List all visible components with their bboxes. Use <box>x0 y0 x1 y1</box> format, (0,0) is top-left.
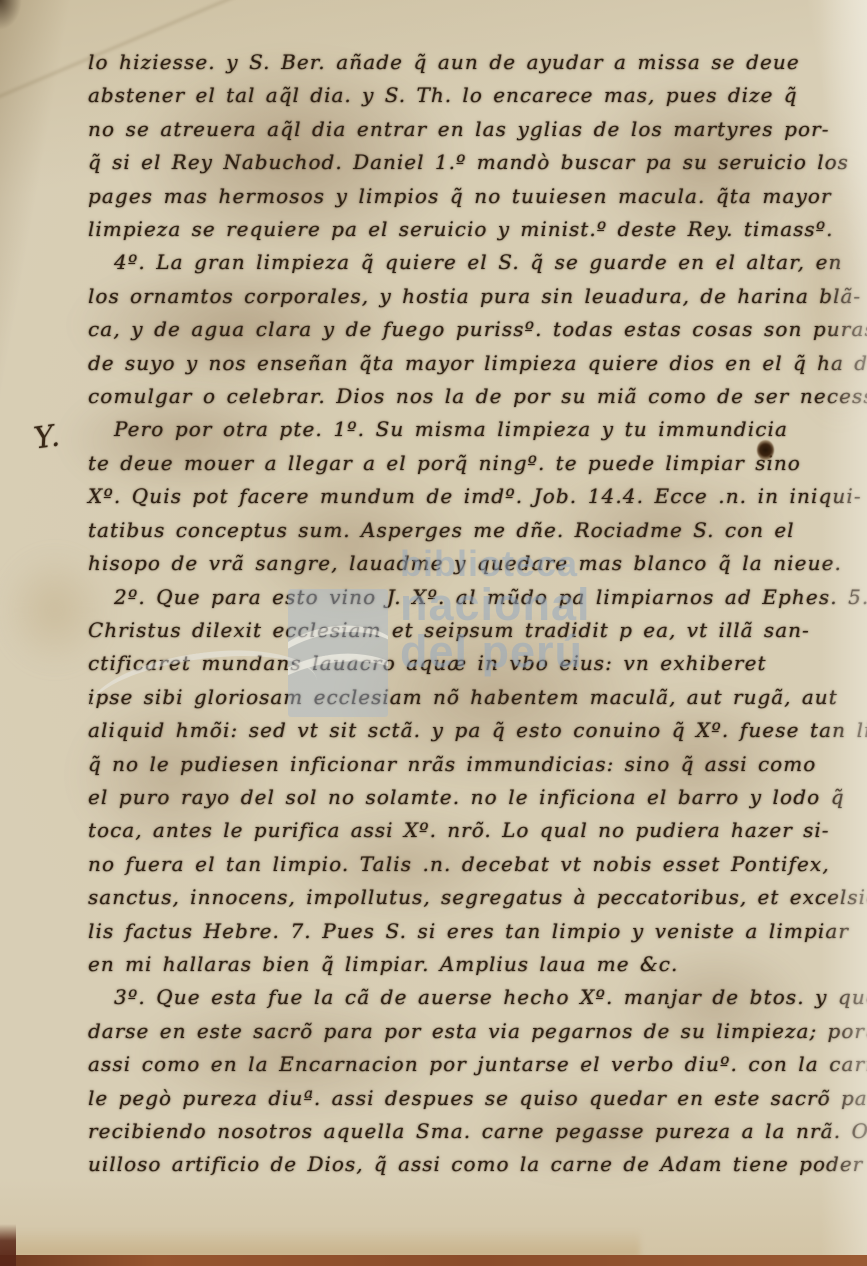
manuscript-line: de suyo y nos enseñan q̃ta mayor limpiez… <box>88 347 804 380</box>
manuscript-line: assi como en la Encarnacion por juntarse… <box>88 1048 804 1081</box>
manuscript-line: comulgar o celebrar. Dios nos la de por … <box>88 380 804 413</box>
manuscript-line: Christus dilexit ecclesiam et seipsum tr… <box>88 614 804 647</box>
manuscript-line: el puro rayo del sol no solamte. no le i… <box>88 781 804 814</box>
manuscript-line: ca, y de agua clara y de fuego purissº. … <box>88 313 804 346</box>
manuscript-line: los ornamtos corporales, y hostia pura s… <box>88 280 804 313</box>
bottom-water-stain <box>0 1229 640 1257</box>
manuscript-page: lo hiziesse. y S. Ber. añade q̃ aun de a… <box>0 0 867 1266</box>
manuscript-line: 3º. Que esta fue la cã de auerse hecho X… <box>88 981 804 1014</box>
paragraph-1: lo hiziesse. y S. Ber. añade q̃ aun de a… <box>88 46 804 246</box>
manuscript-line: q̃ no le pudiesen inficionar nrãs immund… <box>88 748 804 781</box>
paragraph-3: Pero por otra pte. 1º. Su misma limpieza… <box>88 413 804 580</box>
manuscript-line: hisopo de vrã sangre, lauadme y quedare … <box>88 547 804 580</box>
manuscript-line: Xº. Quis pot facere mundum de imdº. Job.… <box>88 480 804 513</box>
manuscript-line: q̃ si el Rey Nabuchod. Daniel 1.º mandò … <box>88 146 804 179</box>
manuscript-line: le pegò pureza diuª. assi despues se qui… <box>88 1082 804 1115</box>
manuscript-line: lo hiziesse. y S. Ber. añade q̃ aun de a… <box>88 46 804 79</box>
manuscript-line: no fuera el tan limpio. Talis .n. deceba… <box>88 848 804 881</box>
manuscript-line: en mi hallaras bien q̃ limpiar. Amplius … <box>88 948 804 981</box>
manuscript-line: recibiendo nosotros aquella Sma. carne p… <box>88 1115 804 1148</box>
manuscript-line: uilloso artificio de Dios, q̃ assi como … <box>88 1148 804 1181</box>
manuscript-line: no se atreuera aq̃l dia entrar en las yg… <box>88 113 804 146</box>
manuscript-line: aliquid hmõi: sed vt sit sctã. y pa q̃ e… <box>88 714 804 747</box>
manuscript-line: ipse sibi gloriosam ecclesiam nõ habente… <box>88 681 804 714</box>
paragraph-4: 2º. Que para esto vino J. Xº. al mũdo pa… <box>88 581 804 982</box>
manuscript-line: toca, antes le purifica assi Xº. nrõ. Lo… <box>88 814 804 847</box>
margin-mark: Y. <box>32 418 62 456</box>
manuscript-line: sanctus, innocens, impollutus, segregatu… <box>88 881 804 914</box>
manuscript-line: tatibus conceptus sum. Asperges me dñe. … <box>88 514 804 547</box>
manuscript-line: Pero por otra pte. 1º. Su misma limpieza… <box>88 413 804 446</box>
manuscript-line: limpieza se requiere pa el seruicio y mi… <box>88 213 804 246</box>
manuscript-line: ctificaret mundans lauacro aquæ in vbo e… <box>88 647 804 680</box>
manuscript-line: 2º. Que para esto vino J. Xº. al mũdo pa… <box>88 581 804 614</box>
manuscript-line: lis factus Hebre. 7. Pues S. si eres tan… <box>88 915 804 948</box>
manuscript-line: darse en este sacrõ para por esta via pe… <box>88 1015 804 1048</box>
manuscript-line: pages mas hermosos y limpios q̃ no tuuie… <box>88 180 804 213</box>
paragraph-5: 3º. Que esta fue la cã de auerse hecho X… <box>88 981 804 1181</box>
manuscript-line: te deue mouer a llegar a el porq̃ ningº.… <box>88 447 804 480</box>
manuscript-text: lo hiziesse. y S. Ber. añade q̃ aun de a… <box>88 46 804 1182</box>
scan-bottom-corner <box>0 1224 16 1266</box>
scan-bottom-edge <box>0 1255 867 1266</box>
paragraph-2: 4º. La gran limpieza q̃ quiere el S. q̃ … <box>88 246 804 413</box>
manuscript-line: 4º. La gran limpieza q̃ quiere el S. q̃ … <box>88 246 804 279</box>
corner-smudge <box>0 0 22 30</box>
manuscript-line: abstener el tal aq̃l dia. y S. Th. lo en… <box>88 79 804 112</box>
